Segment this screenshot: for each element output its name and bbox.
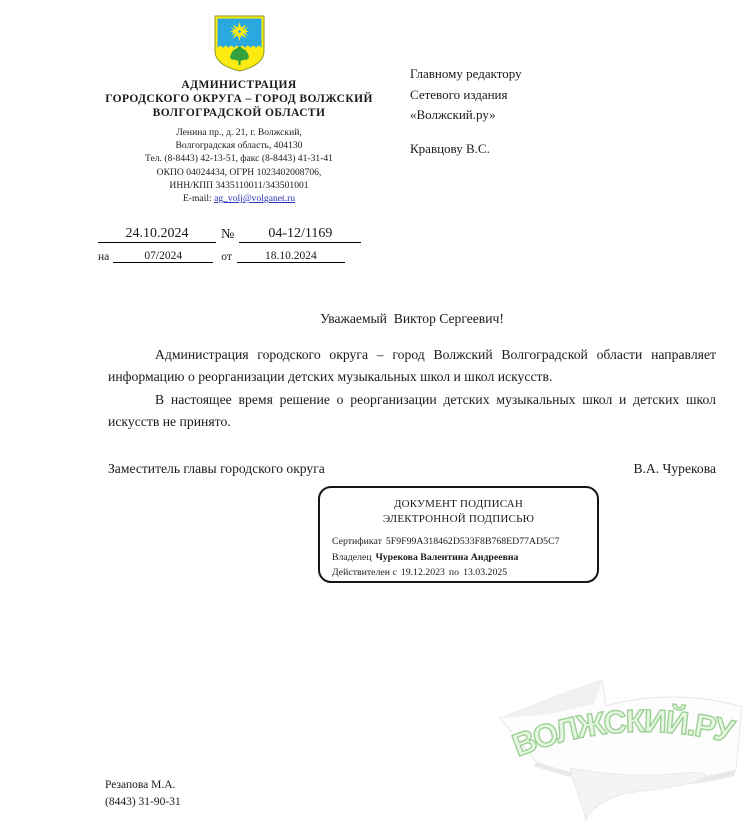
signer-name: В.А. Чурекова <box>633 461 716 477</box>
recipient-name: Кравцову В.С. <box>410 139 522 160</box>
org-name-line: ВОЛГОГРАДСКОЙ ОБЛАСТИ <box>93 106 385 120</box>
certificate-label: Сертификат <box>332 536 382 547</box>
letter-body: Администрация городского округа – город … <box>108 344 716 434</box>
valid-to-date: 13.03.2025 <box>463 567 507 578</box>
letterhead: АДМИНИСТРАЦИЯ ГОРОДСКОГО ОКРУГА – ГОРОД … <box>93 15 385 205</box>
watermark-swoosh-shape <box>570 768 706 820</box>
email-link[interactable]: ag_volj@volganet.ru <box>214 193 295 204</box>
reference-row-incoming: на 07/2024 от 18.10.2024 <box>98 250 374 263</box>
stamp-title-line: ЭЛЕКТРОННОЙ ПОДПИСЬЮ <box>332 512 585 527</box>
email-line: E-mail: ag_volj@volganet.ru <box>93 192 385 205</box>
reference-row-outgoing: 24.10.2024 № 04-12/1169 <box>98 226 374 243</box>
stamp-title-line: ДОКУМЕНТ ПОДПИСАН <box>332 497 585 512</box>
signer-position: Заместитель главы городского округа <box>108 461 325 477</box>
validity-line: Действителен с19.12.2023по13.03.2025 <box>332 565 585 581</box>
address-line: Ленина пр., д. 21, г. Волжский, <box>93 126 385 139</box>
outgoing-number-field: 04-12/1169 <box>239 226 361 243</box>
valid-from-date: 19.12.2023 <box>401 567 445 578</box>
coat-of-arms-icon <box>213 15 266 72</box>
owner-label: Владелец <box>332 552 372 563</box>
address-line: Тел. (8-8443) 42-13-51, факс (8-8443) 41… <box>93 152 385 165</box>
ot-label: от <box>221 251 232 263</box>
salutation: Уважаемый Виктор Сергеевич! <box>108 311 716 327</box>
address-line: Волгоградская область, 404130 <box>93 139 385 152</box>
recipient-line: Главному редактору <box>410 64 522 85</box>
org-address: Ленина пр., д. 21, г. Волжский, Волгогра… <box>93 126 385 205</box>
stamp-title: ДОКУМЕНТ ПОДПИСАН ЭЛЕКТРОННОЙ ПОДПИСЬЮ <box>332 497 585 526</box>
certificate-value: 5F9F99A318462D533F8B768ED77AD5C7 <box>386 536 560 547</box>
paragraph: В настоящее время решение о реорганизаци… <box>108 389 716 434</box>
owner-line: ВладелецЧурекова Валентина Андреевна <box>332 550 585 566</box>
recipient-block: Главному редактору Сетевого издания «Вол… <box>410 64 522 159</box>
letter-page: АДМИНИСТРАЦИЯ ГОРОДСКОГО ОКРУГА – ГОРОД … <box>0 0 750 826</box>
owner-value: Чурекова Валентина Андреевна <box>376 552 519 563</box>
recipient-line: Сетевого издания <box>410 85 522 106</box>
stamp-details: Сертификат5F9F99A318462D533F8B768ED77AD5… <box>332 534 585 581</box>
valid-to-label: по <box>449 567 459 578</box>
number-sign: № <box>221 227 234 243</box>
validity-label: Действителен с <box>332 567 397 578</box>
email-label: E-mail: <box>183 193 214 204</box>
incoming-number-field: 07/2024 <box>113 250 213 263</box>
paragraph: Администрация городского округа – город … <box>108 344 716 389</box>
address-line: ИНН/КПП 3435110011/343501001 <box>93 179 385 192</box>
org-name-line: АДМИНИСТРАЦИЯ <box>93 78 385 92</box>
address-line: ОКПО 04024434, ОГРН 1023402008706, <box>93 166 385 179</box>
org-name: АДМИНИСТРАЦИЯ ГОРОДСКОГО ОКРУГА – ГОРОД … <box>93 78 385 120</box>
certificate-line: Сертификат5F9F99A318462D533F8B768ED77AD5… <box>332 534 585 550</box>
signature-row: Заместитель главы городского округа В.А.… <box>108 461 716 477</box>
executor-phone: (8443) 31-90-31 <box>105 794 181 811</box>
na-label: на <box>98 251 109 263</box>
incoming-date-field: 18.10.2024 <box>237 250 345 263</box>
digital-signature-stamp: ДОКУМЕНТ ПОДПИСАН ЭЛЕКТРОННОЙ ПОДПИСЬЮ С… <box>318 486 599 583</box>
recipient-line: «Волжский.ру» <box>410 105 522 126</box>
outgoing-date-field: 24.10.2024 <box>98 226 216 243</box>
reference-block: 24.10.2024 № 04-12/1169 на 07/2024 от 18… <box>98 226 374 263</box>
volzhsky-ru-watermark-logo: ВОЛЖСКИЙ.РУ <box>490 660 750 826</box>
executor-block: Резапова М.А. (8443) 31-90-31 <box>105 777 181 810</box>
executor-name: Резапова М.А. <box>105 777 181 794</box>
org-name-line: ГОРОДСКОГО ОКРУГА – ГОРОД ВОЛЖСКИЙ <box>93 92 385 106</box>
